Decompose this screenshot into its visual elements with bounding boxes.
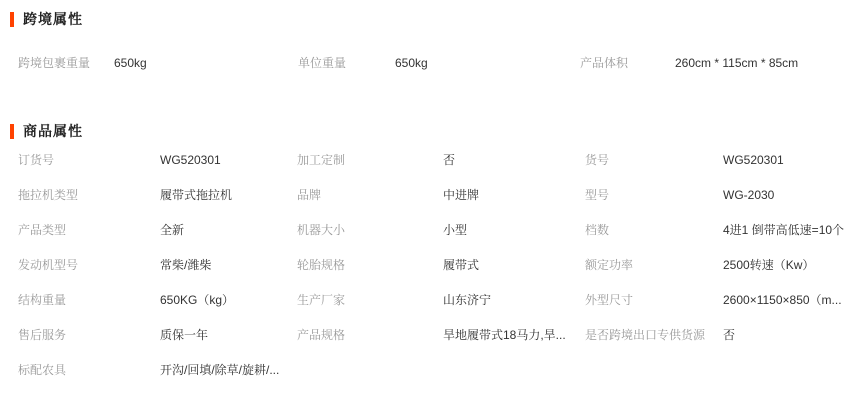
accent-bar-icon xyxy=(10,124,14,139)
attr-label: 产品类型 xyxy=(18,221,160,238)
section-product: 商品属性 订货号 WG520301 加工定制 否 货号 WG520301 拖拉机… xyxy=(0,122,854,387)
attr-label: 拖拉机类型 xyxy=(18,186,160,203)
attr-value: 常柴/潍柴 xyxy=(160,256,297,273)
attr-label: 品牌 xyxy=(297,186,443,203)
section-title: 商品属性 xyxy=(23,121,83,141)
table-row: 结构重量 650KG（kg） 生产厂家 山东济宁 外型尺寸 2600×1150×… xyxy=(0,282,854,317)
attr-value: 650kg xyxy=(395,56,580,70)
table-row: 订货号 WG520301 加工定制 否 货号 WG520301 xyxy=(0,142,854,177)
attr-value: 履带式拖拉机 xyxy=(160,186,297,203)
attr-label: 额定功率 xyxy=(585,256,723,273)
attr-value: 否 xyxy=(723,326,854,343)
table-row: 标配农具 开沟/回填/除草/旋耕/... xyxy=(0,352,854,387)
attr-label: 结构重量 xyxy=(18,291,160,308)
accent-bar-icon xyxy=(10,12,14,27)
attr-value: 2500转速（Kw） xyxy=(723,256,854,273)
attr-value: 650kg xyxy=(114,56,298,70)
table-row: 拖拉机类型 履带式拖拉机 品牌 中进牌 型号 WG-2030 xyxy=(0,177,854,212)
section-cross-border: 跨境属性 跨境包裹重量 650kg 单位重量 650kg 产品体积 260cm … xyxy=(0,0,854,80)
attr-label: 档数 xyxy=(585,221,723,238)
attr-label: 订货号 xyxy=(18,151,160,168)
attr-value: 山东济宁 xyxy=(443,291,585,308)
attr-value: 质保一年 xyxy=(160,326,297,343)
section-header-product: 商品属性 xyxy=(0,122,854,140)
section-title: 跨境属性 xyxy=(23,9,83,29)
attr-value: 履带式 xyxy=(443,256,585,273)
attr-label: 型号 xyxy=(585,186,723,203)
attr-value: 旱地履带式18马力,旱... xyxy=(443,326,585,343)
attr-label: 单位重量 xyxy=(298,54,395,71)
section-header-cross-border: 跨境属性 xyxy=(0,10,854,28)
attr-value: 小型 xyxy=(443,221,585,238)
attr-value: 开沟/回填/除草/旋耕/... xyxy=(160,361,297,378)
attr-value: 260cm * 115cm * 85cm xyxy=(675,56,854,70)
attr-value: 4进1 倒带高低速=10个 xyxy=(723,221,854,238)
attr-value: 否 xyxy=(443,151,585,168)
attr-value: 中进牌 xyxy=(443,186,585,203)
table-row: 跨境包裹重量 650kg 单位重量 650kg 产品体积 260cm * 115… xyxy=(0,45,854,80)
attr-value: 2600×1150×850（m... xyxy=(723,291,854,308)
attr-value: 全新 xyxy=(160,221,297,238)
table-row: 售后服务 质保一年 产品规格 旱地履带式18马力,旱... 是否跨境出口专供货源… xyxy=(0,317,854,352)
attr-value: 650KG（kg） xyxy=(160,291,297,308)
attr-label: 产品规格 xyxy=(297,326,443,343)
attr-label: 货号 xyxy=(585,151,723,168)
attr-label: 跨境包裹重量 xyxy=(18,54,114,71)
table-row: 发动机型号 常柴/潍柴 轮胎规格 履带式 额定功率 2500转速（Kw） xyxy=(0,247,854,282)
table-row: 产品类型 全新 机器大小 小型 档数 4进1 倒带高低速=10个 xyxy=(0,212,854,247)
product-attr-table: 订货号 WG520301 加工定制 否 货号 WG520301 拖拉机类型 履带… xyxy=(0,142,854,387)
attr-value: WG520301 xyxy=(160,153,297,167)
attr-label: 外型尺寸 xyxy=(585,291,723,308)
attr-label: 发动机型号 xyxy=(18,256,160,273)
attr-label: 轮胎规格 xyxy=(297,256,443,273)
attr-label: 机器大小 xyxy=(297,221,443,238)
attr-value: WG520301 xyxy=(723,153,854,167)
attr-label: 是否跨境出口专供货源 xyxy=(585,326,723,343)
attr-label: 加工定制 xyxy=(297,151,443,168)
attr-label: 售后服务 xyxy=(18,326,160,343)
attr-label: 产品体积 xyxy=(580,54,675,71)
attr-value: WG-2030 xyxy=(723,188,854,202)
attr-label: 标配农具 xyxy=(18,361,160,378)
product-attributes-panel: 跨境属性 跨境包裹重量 650kg 单位重量 650kg 产品体积 260cm … xyxy=(0,0,854,393)
attr-label: 生产厂家 xyxy=(297,291,443,308)
